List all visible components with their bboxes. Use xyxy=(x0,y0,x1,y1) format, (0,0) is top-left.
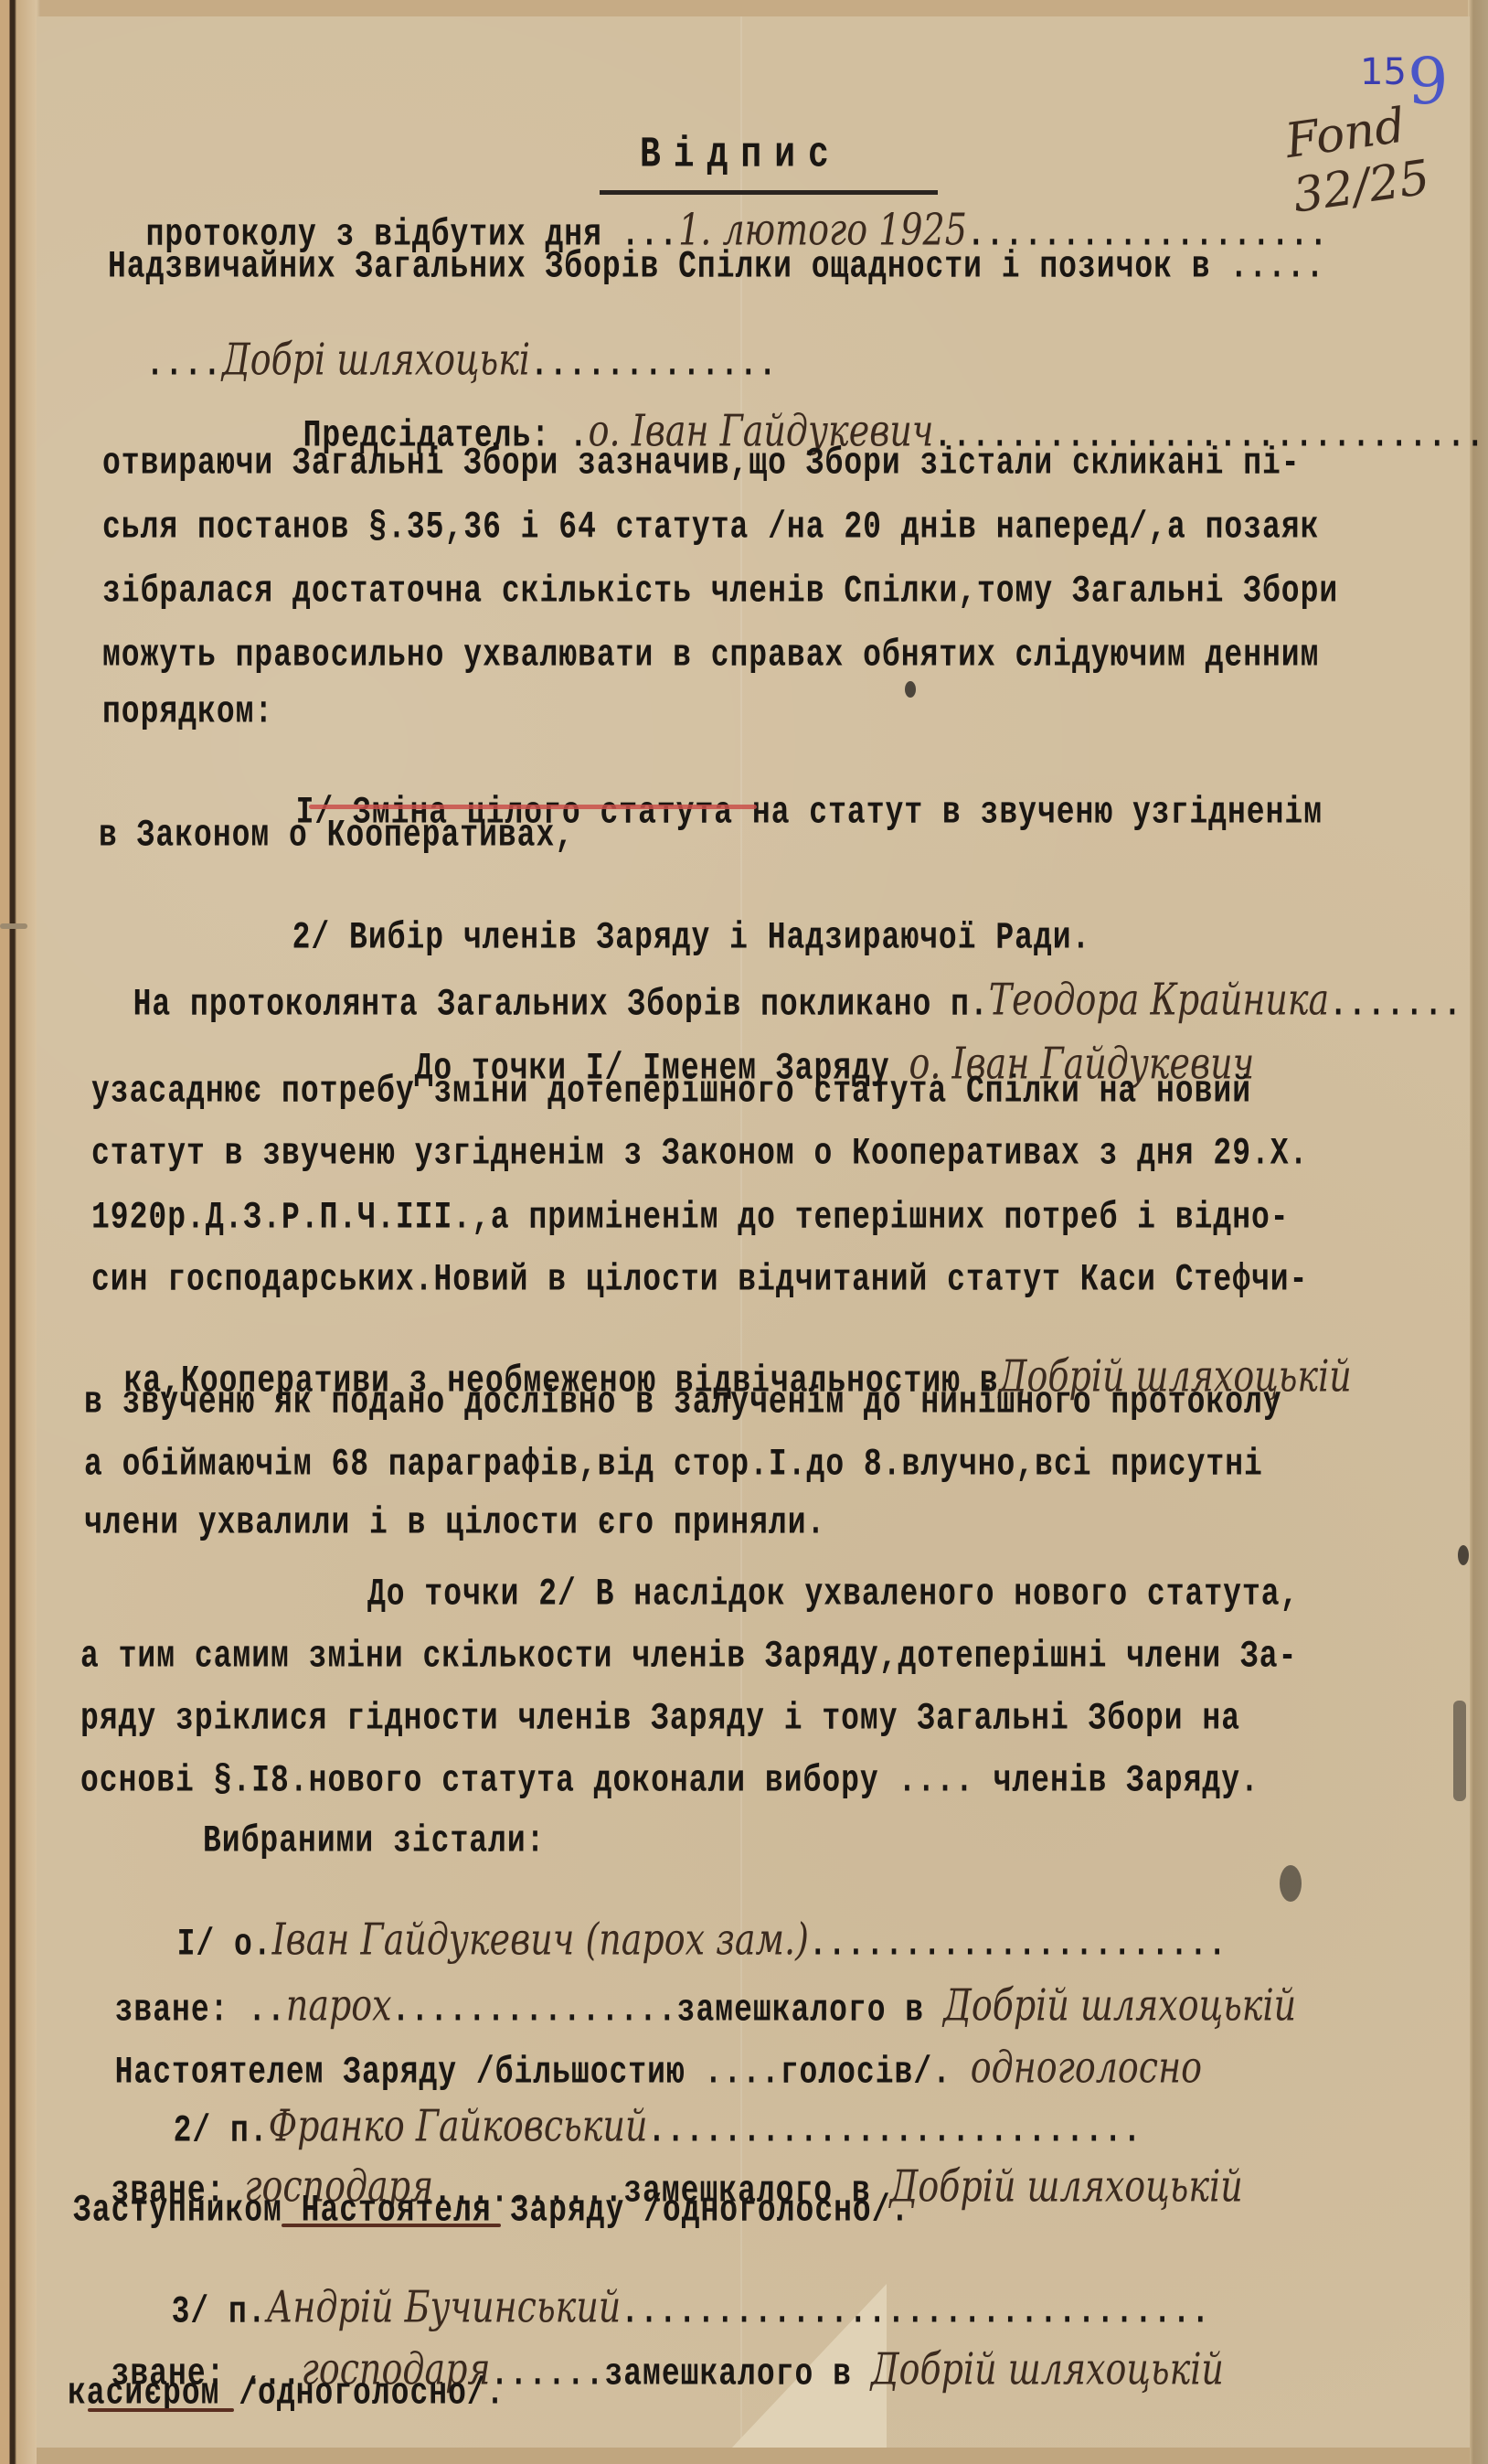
residence-handwritten: Добрій шляхоцькій xyxy=(871,2344,1224,2395)
paragraph-1-line: сьля постанов §.35,36 і 64 статута /на 2… xyxy=(102,507,1319,549)
ink-smudge xyxy=(905,681,916,698)
paragraph-1-line: зібралася достаточна скількість членів С… xyxy=(102,571,1338,613)
point-1-line: в звученю як подано дослівно в залученім… xyxy=(84,1381,1282,1424)
paragraph-1-line: порядком: xyxy=(102,691,273,733)
paragraph-1-line: отвираючи Загальні Збори зазначив,що Збо… xyxy=(102,443,1301,485)
ink-smudge xyxy=(1280,1865,1302,1902)
agenda-item-1-cont: в Законом о Кооперативах, xyxy=(99,815,574,857)
red-pencil-underline xyxy=(309,805,757,809)
residence-label: замешкалого в xyxy=(604,2353,851,2395)
archive-folio-small: 15 xyxy=(1360,51,1407,93)
point-1-line: статут в звученю узгідненім з Законом о … xyxy=(91,1133,1308,1175)
residence-handwritten: Добрій шляхоцькій xyxy=(890,2161,1243,2212)
elected-label: Вибраними зістали: xyxy=(203,1820,545,1862)
header-line-1: протоколу з відбутих дня ...1. лютого 19… xyxy=(108,163,1328,257)
ink-smudge xyxy=(1458,1545,1469,1565)
point-2-line: а тим самим зміни скількости членів Заря… xyxy=(80,1636,1297,1678)
ink-underline xyxy=(88,2408,234,2412)
dotted-fill: .... xyxy=(146,344,222,386)
point-1-line: 1920р.Д.З.Р.П.Ч.III.,а приміненім до теп… xyxy=(91,1197,1290,1239)
dotted-fill: ....... xyxy=(1329,984,1462,1026)
ink-underline xyxy=(282,2224,501,2227)
dotted-fill: ...... xyxy=(491,2353,605,2395)
ink-smudge xyxy=(1453,1701,1466,1801)
document-binding-edge xyxy=(0,0,40,2464)
point-2-line: ряду зріклися гідности членів Заряду і т… xyxy=(80,1698,1240,1740)
point-1-line: син господарських.Новий в цілости відчит… xyxy=(91,1259,1308,1301)
header-line-2: Надзвичайних Загальних Зборів Спілки оща… xyxy=(108,246,1324,288)
point-1-line: узасаднює потребу зміни дотеперішного ст… xyxy=(91,1071,1251,1113)
point-1-line: а обіймаючім 68 параграфів,від стор.I.до… xyxy=(84,1444,1263,1486)
point-2-line: основі §.I8.нового статута доконали вибо… xyxy=(80,1760,1259,1802)
point-2-line: До точки 2/ В наслідок ухваленого нового… xyxy=(367,1573,1299,1616)
paragraph-1-line: можуть правосильно ухвалювати в справах … xyxy=(102,635,1319,677)
bottom-page-edge xyxy=(37,2448,1470,2464)
binding-string xyxy=(0,923,27,929)
point-1-line: члени ухвалили і в цілости єго приняли. xyxy=(84,1502,825,1544)
